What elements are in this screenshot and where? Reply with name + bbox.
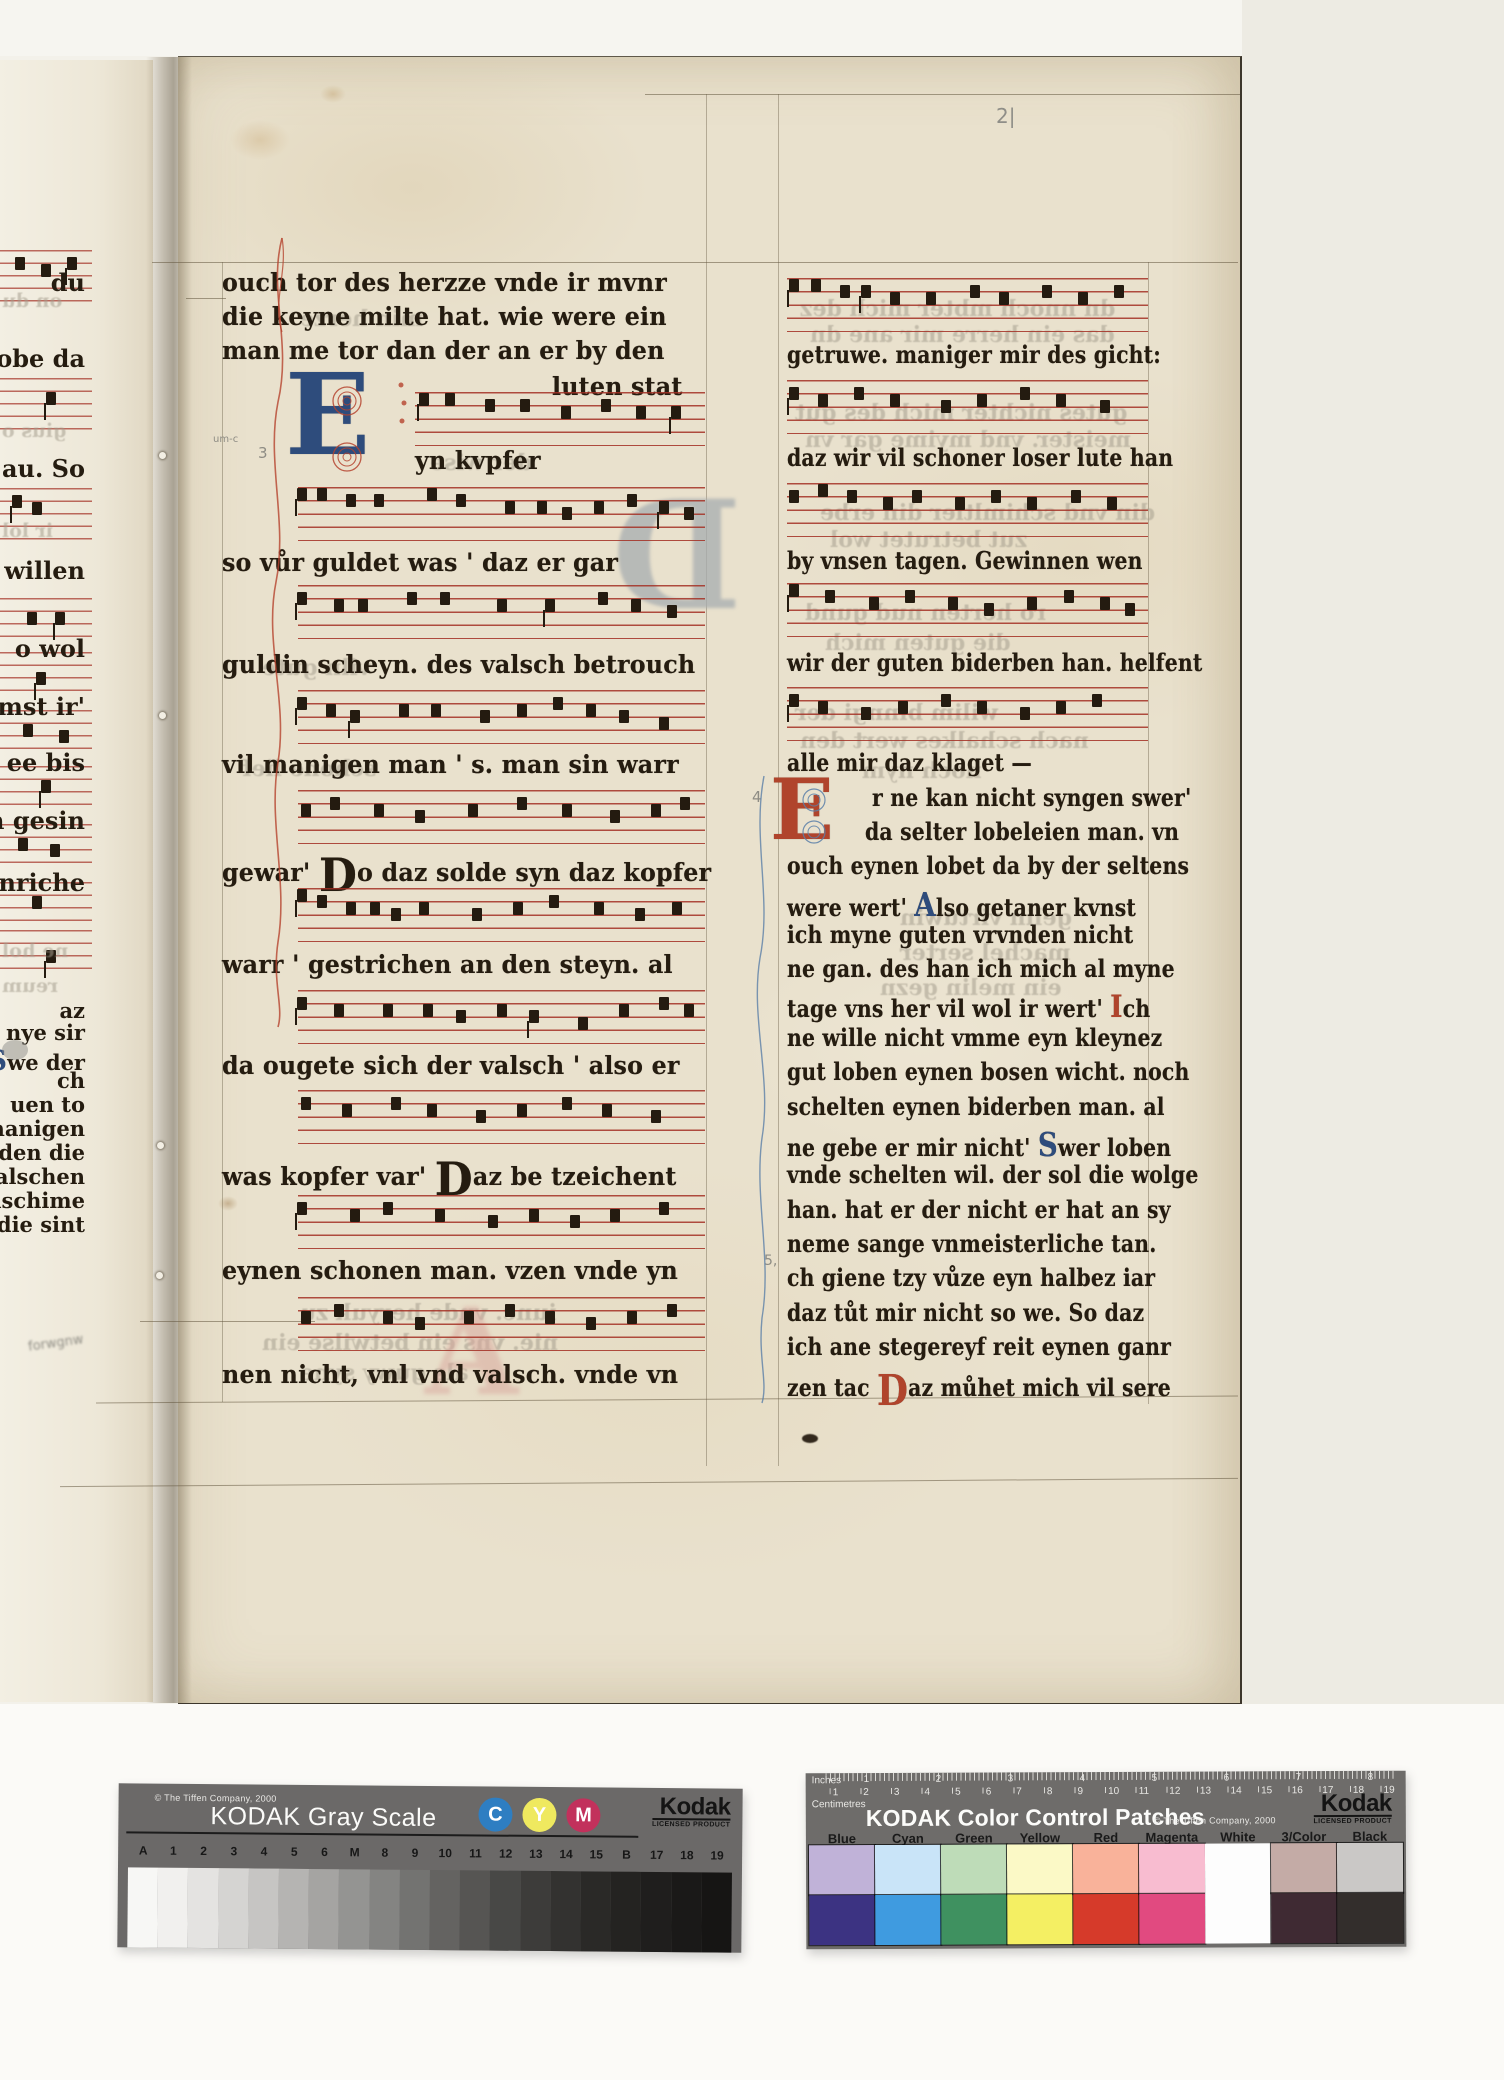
initial-e-red-decor <box>768 770 863 865</box>
color-patch-magenta-saturated <box>1139 1894 1205 1944</box>
text-run: daz wir vil schoner loser lute han <box>787 443 1173 472</box>
neume <box>50 844 60 857</box>
music-stave <box>298 1297 705 1351</box>
facing-text-fragment: mst ir' <box>0 692 85 721</box>
neume <box>12 495 22 508</box>
color-patch-red-light <box>1073 1844 1139 1894</box>
neume <box>383 1202 393 1215</box>
facing-text-fragment: ee bis <box>0 748 85 777</box>
neume <box>326 704 336 717</box>
text-run: ch giene tzy vůze eyn halbez iar <box>787 1263 1155 1292</box>
neume <box>619 710 629 723</box>
neume <box>1071 490 1081 503</box>
neume <box>517 1104 527 1117</box>
sewing-stitch <box>157 1142 164 1149</box>
neume <box>912 490 922 503</box>
cm-numeral: 7 <box>1016 1786 1022 1797</box>
manuscript-text-line: ich ane stegereyf reit eynen ganr <box>787 1332 1171 1361</box>
folio-number: 2| <box>996 104 1015 128</box>
manuscript-text-line: daz tůt mir nicht so we. So daz <box>787 1298 1144 1327</box>
neume <box>1056 394 1066 407</box>
gray-patch <box>339 1869 370 1949</box>
neume <box>659 501 669 514</box>
neume <box>672 902 682 915</box>
grayscale-patch-strip <box>127 1867 732 1952</box>
neume <box>594 902 604 915</box>
neume <box>27 612 37 625</box>
manuscript-text-line: getruwe. maniger mir des gicht: <box>787 340 1161 369</box>
neume <box>667 1304 677 1317</box>
neume <box>358 599 368 612</box>
text-run: o daz solde syn daz kopfer <box>357 858 711 887</box>
cm-numeral: 12 <box>1169 1786 1180 1797</box>
gray-step-label: 15 <box>581 1847 611 1867</box>
neume <box>977 394 987 407</box>
neume <box>427 488 437 501</box>
neume <box>999 292 1009 305</box>
neume <box>586 704 596 717</box>
neume <box>1092 694 1102 707</box>
text-run: r ne kan nicht syngen swer' <box>872 783 1191 812</box>
manuscript-text-line: gut loben eynen bosen wicht. noch <box>787 1057 1190 1086</box>
facing-text-fragment: oden die <box>0 1140 85 1165</box>
gray-patch <box>399 1870 430 1950</box>
neume <box>36 672 46 685</box>
music-stave <box>298 487 705 541</box>
cm-numeral: 9 <box>1077 1786 1083 1797</box>
neume <box>1125 603 1135 616</box>
facing-text-fragment: n willen <box>0 556 85 585</box>
facing-text-fragment: valschime <box>0 1188 85 1213</box>
gray-patch <box>460 1870 491 1950</box>
color-patch-cyan-saturated <box>875 1895 941 1945</box>
neume <box>435 1209 445 1222</box>
gray-patch <box>248 1868 279 1948</box>
text-run: az můhet mich vil sere <box>908 1373 1171 1402</box>
gray-step-label: 14 <box>551 1847 581 1867</box>
neume <box>383 1004 393 1017</box>
neume <box>476 1110 486 1123</box>
showthrough-text: ne hol <box>2 940 68 962</box>
music-stave <box>787 583 1148 637</box>
gray-step-label: 12 <box>490 1847 520 1867</box>
color-patch-grid <box>809 1843 1403 1946</box>
music-stave <box>298 585 705 639</box>
gray-patch <box>671 1872 702 1952</box>
gray-step-label: M <box>339 1845 369 1865</box>
neume <box>46 392 56 405</box>
neume <box>399 704 409 717</box>
kodak-logo-text: Kodak <box>652 1796 731 1819</box>
facing-text-fragment: uen to <box>0 1092 85 1117</box>
gray-patch <box>278 1869 309 1949</box>
music-stave <box>298 888 705 942</box>
neume <box>1042 285 1052 298</box>
manuscript-text-line: eynen schonen man. vzen vnde yn <box>222 1256 678 1285</box>
sewing-stitch <box>159 452 166 459</box>
facing-text-fragment: alschen <box>0 1164 85 1189</box>
ruling-line-vertical <box>706 94 707 1466</box>
gray-step-label: 3 <box>219 1844 249 1864</box>
color-patch-label: Black <box>1337 1829 1403 1844</box>
gray-patch <box>369 1869 400 1949</box>
color-patch-yellow-light <box>1007 1844 1073 1894</box>
text-run: getruwe. maniger mir des gicht: <box>787 340 1161 369</box>
neume <box>818 394 828 407</box>
neume <box>383 1311 393 1324</box>
neume <box>789 694 799 707</box>
parchment-stain <box>230 120 290 160</box>
gray-patch <box>701 1872 732 1952</box>
neume <box>517 704 527 717</box>
ruling-line-horizontal <box>186 298 226 299</box>
manuscript-text-line: by vnsen tagen. Gewinnen wen <box>787 546 1143 575</box>
color-patch-blue-saturated <box>809 1895 875 1945</box>
music-stave <box>787 278 1148 332</box>
facing-text-fragment: o wol <box>0 634 85 663</box>
neume <box>334 1004 344 1017</box>
neume <box>926 292 936 305</box>
showthrough-text: ir lol <box>2 520 53 542</box>
neume <box>488 1215 498 1228</box>
neume <box>602 1104 612 1117</box>
neume <box>391 908 401 921</box>
color-patch-cyan-light <box>875 1845 941 1895</box>
cm-numeral: 15 <box>1261 1785 1272 1796</box>
neume <box>659 717 669 730</box>
neume <box>342 1104 352 1117</box>
neume <box>562 1097 572 1110</box>
neume <box>631 599 641 612</box>
neume <box>497 599 507 612</box>
neume <box>651 804 661 817</box>
text-run: daz tůt mir nicht so we. So daz <box>787 1298 1144 1327</box>
gray-patch <box>218 1868 249 1948</box>
binding-gutter <box>146 57 192 1703</box>
text-run: was kopfer var' <box>222 1162 435 1191</box>
cym-dot-y: Y <box>522 1798 556 1832</box>
showthrough-text: on du <box>2 290 62 312</box>
neume <box>529 1010 539 1023</box>
neume <box>391 1097 401 1110</box>
colorcard-copyright: © The Tiffen Company, 2000 <box>1154 1815 1276 1826</box>
manuscript-photo: duhobe daau. Son willeno wolmst ir'ee bi… <box>0 0 1504 2080</box>
color-patch-magenta-light <box>1139 1844 1205 1894</box>
text-run: han. hat er der nicht er hat an sy <box>787 1195 1171 1224</box>
neume <box>898 701 908 714</box>
neume <box>854 387 864 400</box>
neume <box>497 1004 507 1017</box>
grayscale-step-labels: A123456M89101112131415B171819 <box>128 1843 732 1868</box>
neume <box>317 895 327 908</box>
neume <box>636 406 646 419</box>
neume <box>818 701 828 714</box>
facing-text-fragment: hobe da <box>0 344 85 373</box>
neume <box>684 507 694 520</box>
kodak-gray-scale-card: © The Tiffen Company, 2000 KODAK Gray Sc… <box>117 1783 742 1952</box>
cym-dot-c: C <box>478 1797 512 1831</box>
neume <box>869 597 879 610</box>
neume <box>505 501 515 514</box>
neume <box>684 1004 694 1017</box>
color-patch-label: Magenta <box>1139 1830 1205 1845</box>
text-run: yn kvpfer <box>415 446 541 475</box>
neume <box>440 592 450 605</box>
neume <box>350 1209 360 1222</box>
gray-step-label: 4 <box>249 1844 279 1864</box>
neume <box>374 804 384 817</box>
centimetres-label: Centimetres <box>812 1799 866 1810</box>
manuscript-text-line: schelten eynen biderben man. al <box>787 1092 1165 1121</box>
music-stave <box>298 1195 705 1249</box>
inch-numeral: 7 <box>1296 1772 1302 1783</box>
color-patch-label: White <box>1205 1829 1271 1844</box>
cm-numeral: 16 <box>1292 1785 1303 1796</box>
neume <box>825 590 835 603</box>
neume <box>890 292 900 305</box>
neume <box>991 490 1001 503</box>
kodak-logo: Kodak LICENSED PRODUCT <box>652 1796 731 1829</box>
color-patch-label: Blue <box>809 1831 875 1846</box>
manuscript-text-line: daz wir vil schoner loser lute han <box>787 443 1173 472</box>
neume <box>561 406 571 419</box>
neume <box>334 1304 344 1317</box>
neume <box>847 490 857 503</box>
cm-numeral: 3 <box>894 1787 900 1798</box>
neume <box>431 704 441 717</box>
cm-numeral: 10 <box>1108 1786 1119 1797</box>
manuscript-text-line: tage vns her vil wol ir wert' Ich <box>787 989 1150 1025</box>
neume <box>1064 590 1074 603</box>
gray-step-label: 18 <box>672 1848 702 1868</box>
neume <box>472 908 482 921</box>
text-run: lso getaner kvnst <box>936 893 1136 922</box>
music-stave <box>787 483 1148 537</box>
showthrough-text: reum <box>2 975 58 997</box>
gray-step-label: 19 <box>702 1848 732 1868</box>
neume <box>549 895 559 908</box>
neume <box>513 902 523 915</box>
gray-step-label: 13 <box>521 1847 551 1867</box>
gray-patch <box>188 1868 219 1948</box>
text-run: wir der guten biderben han. helfent <box>787 648 1202 677</box>
neume <box>1020 707 1030 720</box>
manuscript-text-line: nen nicht, vnl vnd valsch. vnde vn <box>222 1360 678 1389</box>
inline-initial: S <box>1038 1126 1058 1164</box>
neume <box>520 399 530 412</box>
gray-step-label: 9 <box>400 1846 430 1866</box>
manuscript-text-line: ich myne guten vrvnden nicht <box>787 920 1133 949</box>
gray-patch <box>580 1871 611 1951</box>
cm-numeral: 13 <box>1200 1786 1211 1797</box>
neume <box>941 694 951 707</box>
text-run: were wert' <box>787 893 914 922</box>
manuscript-text-line: ne gebe er mir nicht' Swer loben <box>787 1126 1171 1164</box>
neume <box>415 1317 425 1330</box>
neume <box>419 902 429 915</box>
gray-step-label: 2 <box>188 1844 218 1864</box>
sewing-stitch <box>156 1272 163 1279</box>
neume <box>818 484 828 497</box>
neume <box>427 1104 437 1117</box>
color-patch-black-light <box>1337 1843 1403 1893</box>
neume <box>1114 285 1124 298</box>
color-patch-black-saturated <box>1337 1893 1403 1943</box>
inches-label: Inches <box>812 1775 842 1786</box>
neume <box>811 279 821 292</box>
text-run: ne gan. des han ich mich al myne <box>787 954 1175 983</box>
neume <box>468 804 478 817</box>
cm-numeral: 1 <box>833 1787 839 1798</box>
music-stave <box>298 990 705 1044</box>
music-stave <box>298 1090 705 1144</box>
neume <box>346 902 356 915</box>
neume <box>594 501 604 514</box>
color-patch-label: Red <box>1073 1830 1139 1845</box>
color-patch-3/color-saturated <box>1271 1893 1337 1943</box>
facing-text-fragment: in gesin <box>0 806 85 835</box>
text-run: vnde schelten wil. der sol die wolge <box>787 1160 1199 1189</box>
neume <box>651 1110 661 1123</box>
neume <box>883 497 893 510</box>
facing-text-fragment: ustenriche <box>0 868 85 897</box>
neume <box>18 838 28 851</box>
inch-numeral: 4 <box>1080 1773 1086 1784</box>
neume <box>610 1209 620 1222</box>
gray-patch <box>520 1871 551 1951</box>
neume <box>1020 387 1030 400</box>
kodak-color-control-card: Inches 12345678 123456789101112131415161… <box>806 1771 1407 1950</box>
neume <box>789 279 799 292</box>
text-run: wer loben <box>1058 1133 1171 1162</box>
gray-step-label: 5 <box>279 1845 309 1865</box>
gray-patch <box>157 1868 188 1948</box>
ruling-line-vertical <box>222 262 223 1402</box>
inline-initial: I <box>1110 989 1123 1025</box>
cm-numeral: 11 <box>1139 1786 1149 1797</box>
manuscript-text-line: ne wille nicht vmme eyn kleynez <box>787 1023 1162 1052</box>
gray-step-label: 6 <box>309 1845 339 1865</box>
text-run: schelten eynen biderben man. al <box>787 1092 1165 1121</box>
neume <box>415 810 425 823</box>
neume <box>667 605 677 618</box>
cm-numeral: 8 <box>1047 1786 1053 1797</box>
neume <box>32 896 42 909</box>
manuscript-text-line: vnde schelten wil. der sol die wolge <box>787 1160 1199 1189</box>
music-stave <box>298 690 705 744</box>
neume <box>1100 597 1110 610</box>
text-run: nen nicht, vnl vnd valsch. vnde vn <box>222 1360 678 1389</box>
neume <box>370 902 380 915</box>
color-patch-label: Green <box>941 1830 1007 1845</box>
cm-numeral: 4 <box>924 1787 930 1798</box>
gray-step-label: A <box>128 1843 158 1863</box>
neume <box>789 584 799 597</box>
inch-numeral: 5 <box>1152 1773 1158 1784</box>
inch-numeral: 1 <box>864 1774 870 1785</box>
gray-patch <box>429 1870 460 1950</box>
cm-numeral: 6 <box>986 1787 992 1798</box>
neume <box>941 400 951 413</box>
photo-background-right <box>1242 0 1504 1706</box>
neume <box>601 399 611 412</box>
neume <box>598 592 608 605</box>
pencil-mark: um-c <box>213 434 238 445</box>
text-run: da ougete sich der valsch ' also er <box>222 1051 680 1080</box>
gray-step-label: 10 <box>430 1846 460 1866</box>
color-patch-yellow-saturated <box>1007 1894 1073 1944</box>
music-stave <box>298 790 705 844</box>
grayscale-title: KODAK Gray Scale <box>210 1802 436 1833</box>
manuscript-text-line: r ne kan nicht syngen swer' <box>872 783 1191 812</box>
neume <box>970 285 980 298</box>
ink-speck <box>802 1434 818 1443</box>
music-stave <box>415 392 705 446</box>
text-run: ne gebe er mir nicht' <box>787 1133 1038 1162</box>
neume <box>562 804 572 817</box>
text-run: ne wille nicht vmme eyn kleynez <box>787 1023 1162 1052</box>
facing-text-fragment: manigen <box>0 1116 85 1141</box>
cym-dot-m: M <box>566 1798 600 1832</box>
neume <box>505 1304 515 1317</box>
neume <box>445 393 455 406</box>
gray-patch <box>309 1869 340 1949</box>
neume <box>627 1311 637 1324</box>
cm-numeral: 14 <box>1230 1785 1241 1796</box>
neume <box>334 599 344 612</box>
neume <box>423 1004 433 1017</box>
neume <box>861 285 871 298</box>
facing-text-fragment: ch <box>0 1068 85 1093</box>
manuscript-text-line: da selter lobeleien man. vn <box>865 817 1179 846</box>
gray-patch <box>550 1871 581 1951</box>
neume <box>301 1097 311 1110</box>
neume <box>562 507 572 520</box>
color-patch-red-saturated <box>1073 1894 1139 1944</box>
neume <box>610 810 620 823</box>
neume <box>1027 597 1037 610</box>
neume <box>1100 400 1110 413</box>
manuscript-text-line: ch giene tzy vůze eyn halbez iar <box>787 1263 1155 1292</box>
neume <box>659 1202 669 1215</box>
neume <box>59 730 69 743</box>
neume <box>840 285 850 298</box>
manuscript-text-line: were wert' Also getaner kvnst <box>787 886 1136 924</box>
neume <box>1027 497 1037 510</box>
inch-numeral: 2 <box>936 1774 942 1785</box>
neume <box>297 1202 307 1215</box>
inch-ruler-ticks <box>826 1771 1396 1781</box>
text-run: ich myne guten vrvnden nicht <box>787 920 1133 949</box>
gray-step-label: 1 <box>158 1844 188 1864</box>
neume <box>627 494 637 507</box>
neume <box>517 797 527 810</box>
neume <box>680 797 690 810</box>
neume <box>456 1010 466 1023</box>
color-patch-3/color-light <box>1271 1843 1337 1893</box>
inch-numeral: 3 <box>1008 1773 1014 1784</box>
text-run: by vnsen tagen. Gewinnen wen <box>787 546 1143 575</box>
text-run: gut loben eynen bosen wicht. noch <box>787 1057 1190 1086</box>
neume <box>485 399 495 412</box>
facing-text-fragment: die sint <box>0 1212 85 1237</box>
neume <box>545 599 555 612</box>
text-run: neme sange vnmeisterliche tan. <box>787 1229 1157 1258</box>
neume <box>419 393 429 406</box>
neume <box>529 1209 539 1222</box>
neume <box>984 603 994 616</box>
ruling-line-horizontal <box>645 94 1240 95</box>
